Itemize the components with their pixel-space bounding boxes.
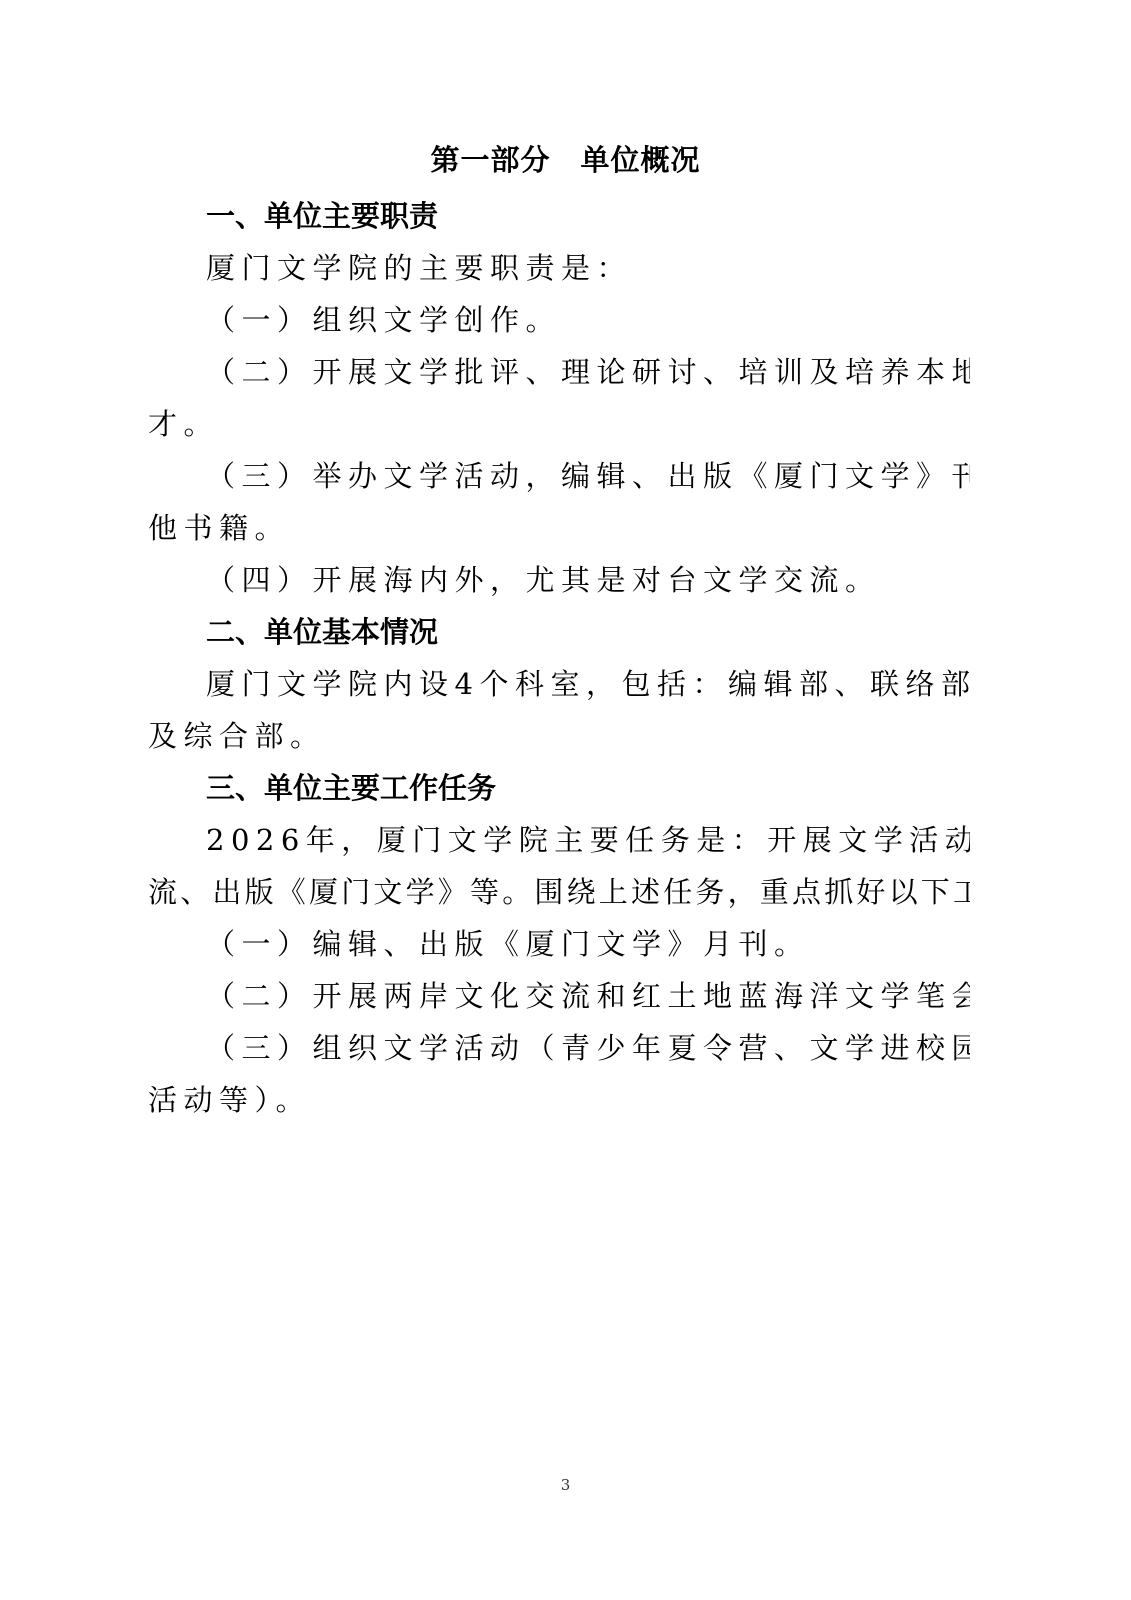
paragraph-line: 厦门文学院的主要职责是： <box>148 242 970 294</box>
paragraph-line: 及综合部。 <box>148 710 970 762</box>
paragraph-line: （三）组织文学活动（青少年夏令营、文学进校园、惠民 <box>148 1022 970 1074</box>
page-number: 3 <box>0 1476 1131 1494</box>
title-name: 单位概况 <box>581 143 701 177</box>
paragraph-line: 才。 <box>148 398 970 450</box>
paragraph-line: 2026年，厦门文学院主要任务是：开展文学活动、文学交 <box>148 814 970 866</box>
paragraph-line: 活动等）。 <box>148 1074 970 1126</box>
page-title: 第一部分单位概况 <box>0 138 1131 182</box>
document-body: 一、单位主要职责 厦门文学院的主要职责是： （一）组织文学创作。 （二）开展文学… <box>148 190 970 1126</box>
paragraph-line: （三）举办文学活动，编辑、出版《厦门文学》刊物及其 <box>148 450 970 502</box>
paragraph-line: 他书籍。 <box>148 502 970 554</box>
section-heading-duties: 一、单位主要职责 <box>148 190 970 242</box>
paragraph-line: （二）开展两岸文化交流和红土地蓝海洋文学笔会。 <box>148 970 970 1022</box>
paragraph-line: （四）开展海内外，尤其是对台文学交流。 <box>148 554 970 606</box>
paragraph-line: （二）开展文学批评、理论研讨、培训及培养本地文学人 <box>148 346 970 398</box>
paragraph-line: （一）组织文学创作。 <box>148 294 970 346</box>
title-part: 第一部分 <box>430 143 550 177</box>
section-heading-main-tasks: 三、单位主要工作任务 <box>148 762 970 814</box>
paragraph-line: （一）编辑、出版《厦门文学》月刊。 <box>148 918 970 970</box>
paragraph-line: 流、出版《厦门文学》等。围绕上述任务，重点抓好以下工作： <box>148 866 970 918</box>
paragraph-line: 厦门文学院内设4个科室，包括：编辑部、联络部、创研室 <box>148 658 970 710</box>
section-heading-basic-info: 二、单位基本情况 <box>148 606 970 658</box>
document-page: 第一部分单位概况 一、单位主要职责 厦门文学院的主要职责是： （一）组织文学创作… <box>0 0 1131 1600</box>
